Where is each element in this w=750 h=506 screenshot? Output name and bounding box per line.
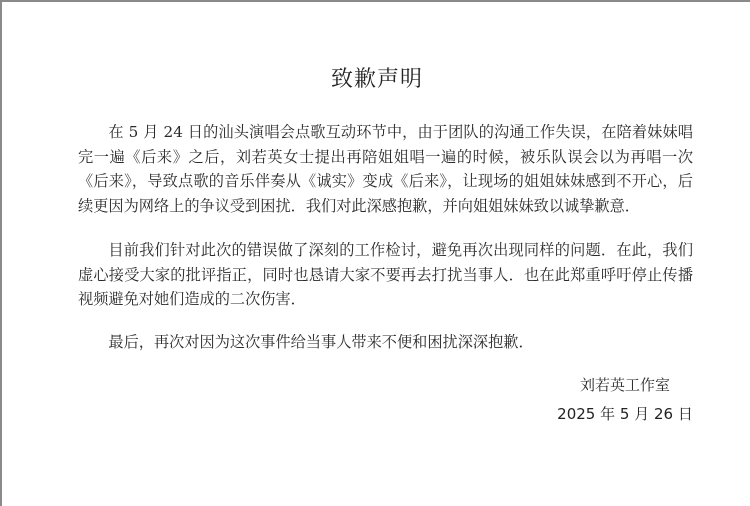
paragraph-3: 最后，再次对因为这次事件给当事人带来不便和困扰深深抱歉． [78, 330, 693, 355]
paragraph-2-text: 目前我们针对此次的错误做了深刻的工作检讨，避免再次出现同样的问题．在此，我们虚心… [78, 238, 693, 312]
document-title: 致歉声明 [2, 62, 750, 93]
paragraph-3-text: 最后，再次对因为这次事件给当事人带来不便和困扰深深抱歉． [78, 330, 693, 355]
paragraph-2: 目前我们针对此次的错误做了深刻的工作检讨，避免再次出现同样的问题．在此，我们虚心… [78, 238, 693, 312]
statement-page: 致歉声明 在 5 月 24 日的汕头演唱会点歌互动环节中，由于团队的沟通工作失误… [0, 0, 750, 506]
signature-organization: 刘若英工作室 [550, 374, 700, 395]
signature-date: 2025 年 5 月 26 日 [550, 403, 700, 424]
paragraph-1-text: 在 5 月 24 日的汕头演唱会点歌互动环节中，由于团队的沟通工作失误，在陪着妹… [78, 120, 693, 218]
paragraph-1: 在 5 月 24 日的汕头演唱会点歌互动环节中，由于团队的沟通工作失误，在陪着妹… [78, 120, 693, 218]
